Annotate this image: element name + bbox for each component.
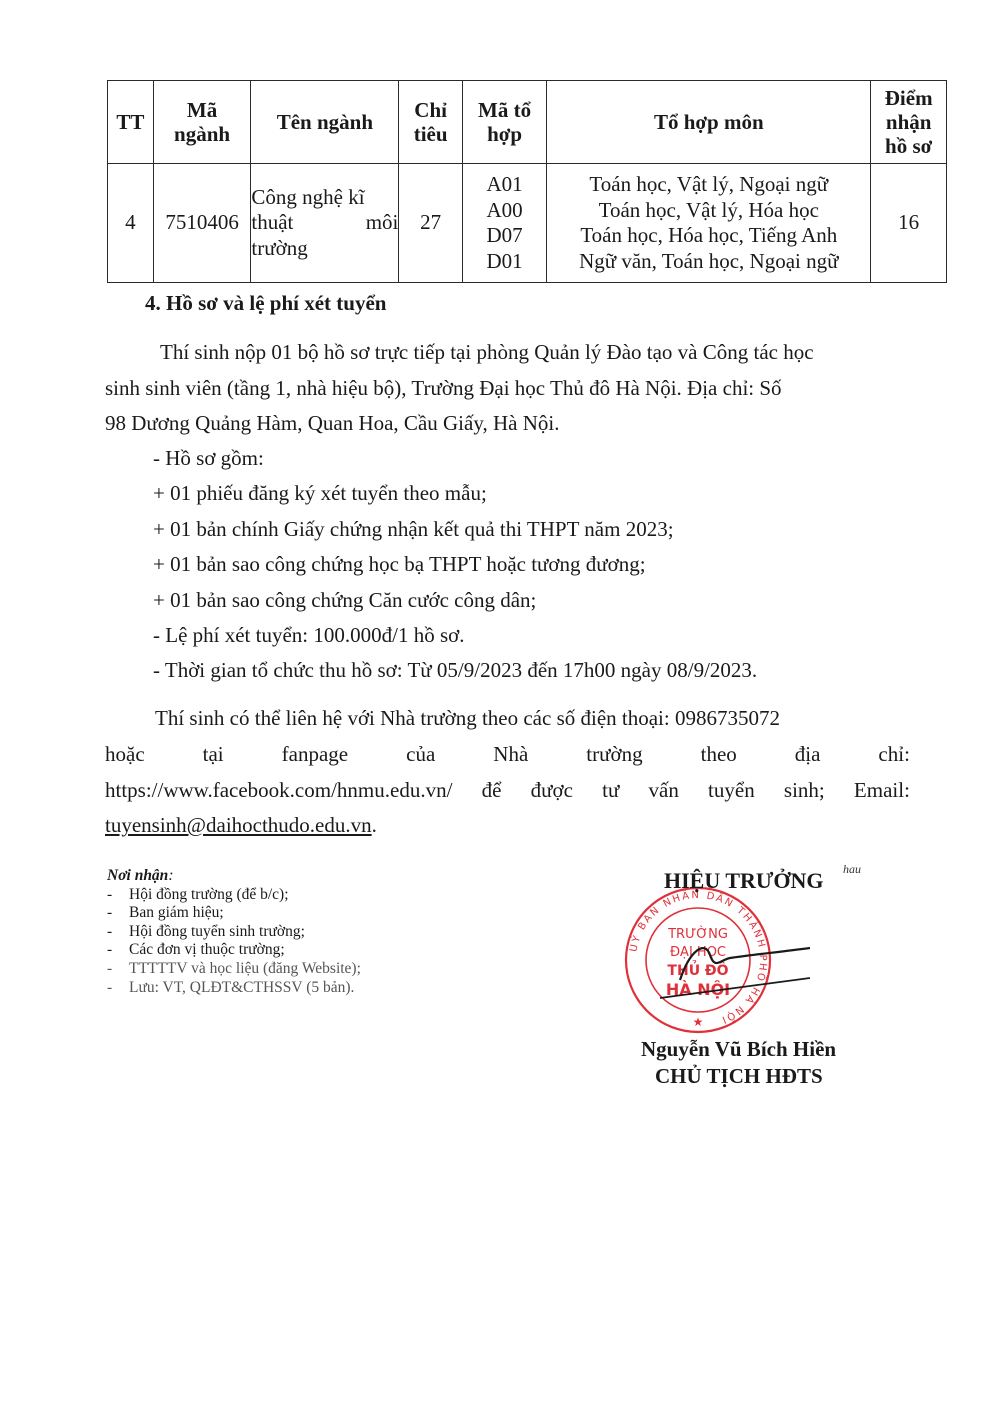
doc-item: + 01 bản sao công chứng Căn cước công dâ… bbox=[153, 588, 958, 612]
recipient-item: -Hội đồng tuyển sinh trường; bbox=[107, 923, 361, 942]
recipient-item: -Lưu: VT, QLĐT&CTHSSV (5 bản). bbox=[107, 979, 361, 998]
recipients-label: Nơi nhận bbox=[107, 867, 168, 884]
docs-intro: - Hồ sơ gồm: bbox=[153, 446, 958, 470]
recipient-item: -TTTTTV và học liệu (đăng Website); bbox=[107, 960, 361, 979]
header-to-hop-mon: Tổ hợp môn bbox=[547, 81, 871, 164]
cell-ma-to-hop: A01 A00 D07 D01 bbox=[462, 164, 546, 283]
signer-name: Nguyễn Vũ Bích Hiền bbox=[641, 1037, 836, 1062]
doc-item: + 01 bản chính Giấy chứng nhận kết quả t… bbox=[153, 517, 958, 541]
recipient-item: -Các đơn vị thuộc trường; bbox=[107, 941, 361, 960]
recipients-block: Nơi nhận: -Hội đồng trường (để b/c); -Ba… bbox=[107, 867, 361, 997]
table-header-row: TT Mã ngành Tên ngành Chỉ tiêu Mã tổ hợp… bbox=[108, 81, 947, 164]
contact-line4: tuyensinh@daihocthudo.edu.vn. bbox=[105, 813, 910, 837]
doc-item: + 01 phiếu đăng ký xét tuyển theo mẫu; bbox=[153, 481, 958, 505]
cell-ma-nganh: 7510406 bbox=[153, 164, 251, 283]
table-row: 4 7510406 Công nghệ kĩ thuật môi trường … bbox=[108, 164, 947, 283]
cell-ten-nganh: Công nghệ kĩ thuật môi trường bbox=[251, 164, 399, 283]
contact-line2: hoặc tại fanpage của Nhà trường theo địa… bbox=[105, 742, 910, 766]
cell-diem: 16 bbox=[871, 164, 947, 283]
admission-table: TT Mã ngành Tên ngành Chỉ tiêu Mã tổ hợp… bbox=[107, 80, 947, 283]
svg-text:ĐẠI HỌC: ĐẠI HỌC bbox=[670, 945, 726, 960]
header-ma-nganh: Mã ngành bbox=[153, 81, 251, 164]
contact-line1: Thí sinh có thể liên hệ với Nhà trường t… bbox=[155, 706, 910, 730]
svg-text:★: ★ bbox=[693, 1015, 704, 1029]
email-link[interactable]: tuyensinh@daihocthudo.edu.vn bbox=[105, 813, 372, 837]
schedule-line: - Thời gian tổ chức thu hồ sơ: Từ 05/9/2… bbox=[153, 658, 958, 682]
section-heading: 4. Hồ sơ và lệ phí xét tuyển bbox=[145, 291, 950, 315]
header-ten-nganh: Tên ngành bbox=[251, 81, 399, 164]
contact-line3: https://www.facebook.com/hnmu.edu.vn/ để… bbox=[105, 778, 910, 802]
document-page: TT Mã ngành Tên ngành Chỉ tiêu Mã tổ hợp… bbox=[0, 0, 1000, 1421]
signature-title: HIỆU TRƯỞNG bbox=[664, 868, 824, 894]
cell-chi-tieu: 27 bbox=[399, 164, 463, 283]
header-diem: Điểm nhận hồ sơ bbox=[871, 81, 947, 164]
recipient-item: -Ban giám hiệu; bbox=[107, 904, 361, 923]
para1-line1: Thí sinh nộp 01 bộ hồ sơ trực tiếp tại p… bbox=[160, 340, 910, 364]
facebook-link[interactable]: https://www.facebook.com/hnmu.edu.vn/ bbox=[105, 778, 452, 802]
doc-item: + 01 bản sao công chứng học bạ THPT hoặc… bbox=[153, 552, 958, 576]
cell-to-hop-mon: Toán học, Vật lý, Ngoại ngữ Toán học, Vậ… bbox=[547, 164, 871, 283]
header-tt: TT bbox=[108, 81, 154, 164]
para1-line3: 98 Dương Quảng Hàm, Quan Hoa, Cầu Giấy, … bbox=[105, 411, 910, 435]
header-chi-tieu: Chỉ tiêu bbox=[399, 81, 463, 164]
cell-tt: 4 bbox=[108, 164, 154, 283]
official-stamp-icon: UỶ BAN NHÂN DÂN THÀNH PHỐ HÀ NỘI TRƯỜNG … bbox=[620, 880, 810, 1040]
svg-text:TRƯỜNG: TRƯỜNG bbox=[667, 926, 728, 942]
signer-role: CHỦ TỊCH HĐTS bbox=[655, 1064, 823, 1089]
recipient-item: -Hội đồng trường (để b/c); bbox=[107, 886, 361, 905]
header-ma-to-hop: Mã tổ hợp bbox=[462, 81, 546, 164]
para1-line2: sinh sinh viên (tầng 1, nhà hiệu bộ), Tr… bbox=[105, 376, 910, 400]
handwritten-note: hau bbox=[843, 862, 861, 877]
fee-line: - Lệ phí xét tuyển: 100.000đ/1 hồ sơ. bbox=[153, 623, 958, 647]
